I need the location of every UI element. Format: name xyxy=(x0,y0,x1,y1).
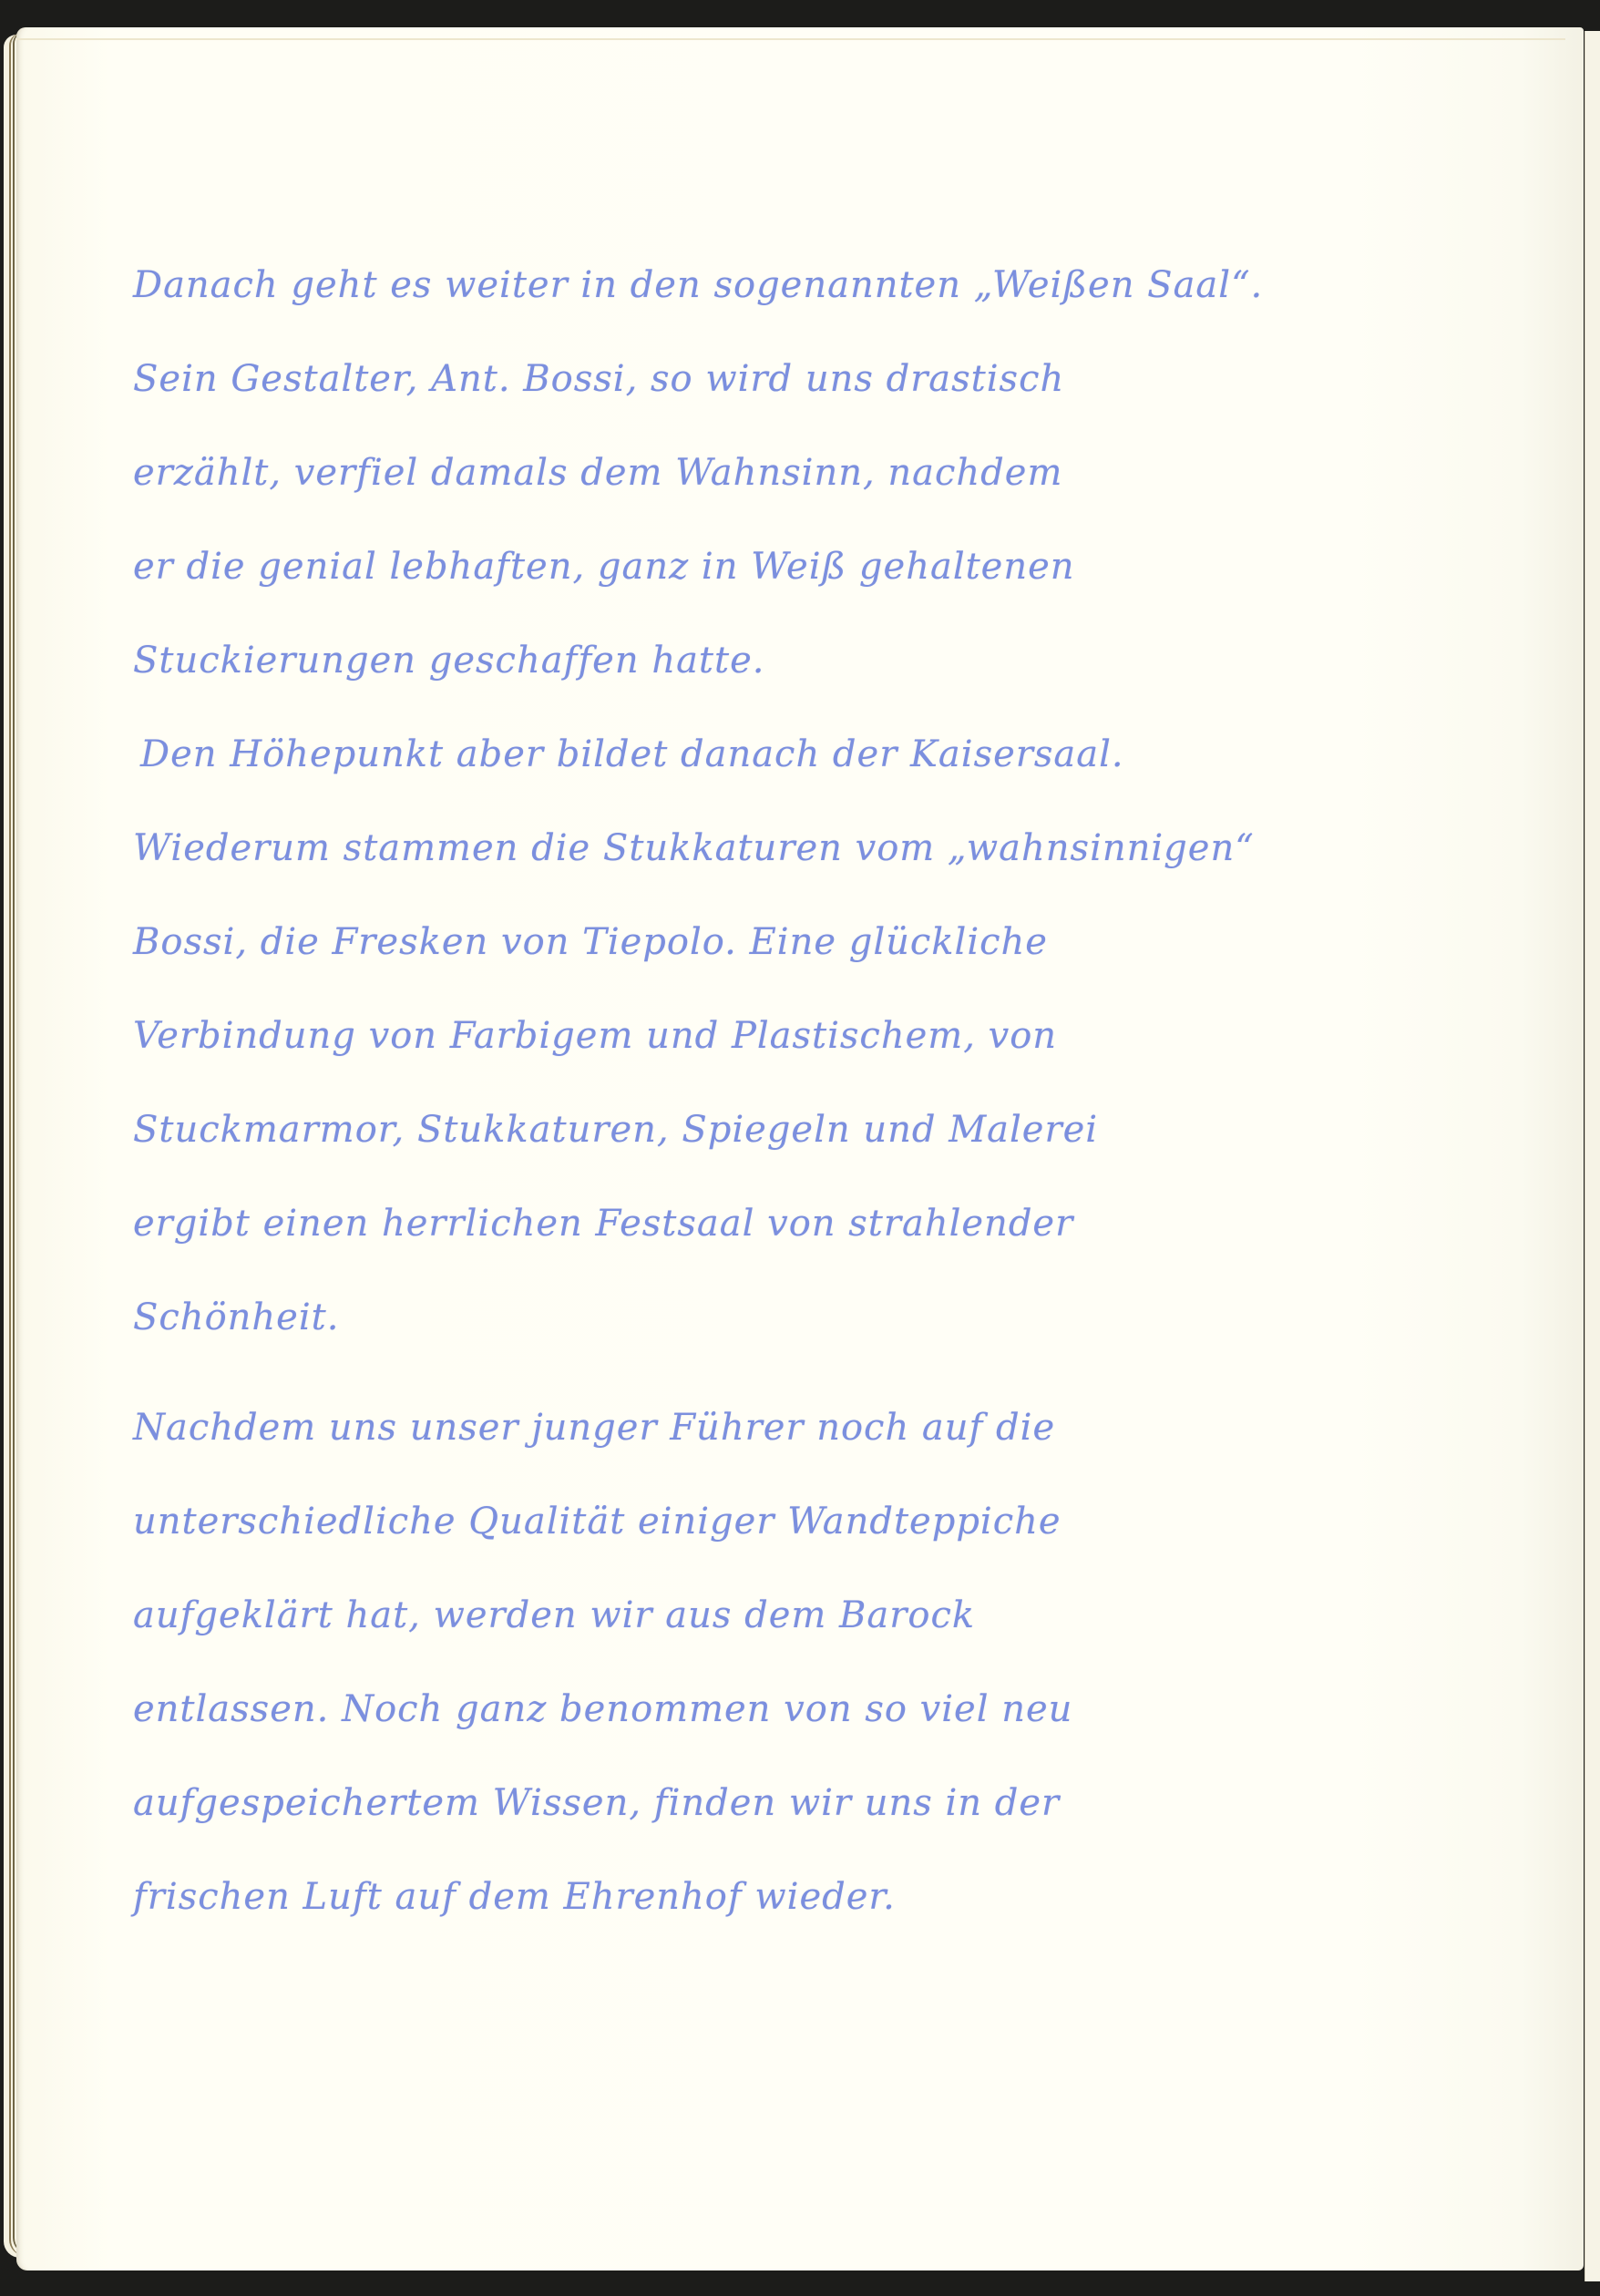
text-line: aufgeklärt hat, werden wir aus dem Baroc… xyxy=(133,1569,1536,1663)
text-line: Wiederum stammen die Stukkaturen vom „wa… xyxy=(133,802,1536,896)
text-line: Danach geht es weiter in den sogenannten… xyxy=(133,239,1536,333)
text-line: Verbindung von Farbigem und Plastischem,… xyxy=(133,989,1536,1083)
text-line: Stuckmarmor, Stukkaturen, Spiegeln und M… xyxy=(133,1083,1536,1177)
text-line: er die genial lebhaften, ganz in Weiß ge… xyxy=(133,520,1536,614)
diary-page: Danach geht es weiter in den sogenannten… xyxy=(16,27,1584,2270)
text-line: erzählt, verfiel damals dem Wahnsinn, na… xyxy=(133,426,1536,520)
handwritten-text: Danach geht es weiter in den sogenannten… xyxy=(133,239,1536,1944)
text-line: Den Höhepunkt aber bildet danach der Kai… xyxy=(133,708,1536,802)
text-line: Stuckierungen geschaffen hatte. xyxy=(133,614,1536,708)
text-line: frischen Luft auf dem Ehrenhof wieder. xyxy=(133,1850,1536,1944)
text-line: ergibt einen herrlichen Festsaal von str… xyxy=(133,1177,1536,1271)
text-line: Sein Gestalter, Ant. Bossi, so wird uns … xyxy=(133,333,1536,426)
text-line: Bossi, die Fresken von Tiepolo. Eine glü… xyxy=(133,896,1536,989)
text-line: Nachdem uns unser junger Führer noch auf… xyxy=(133,1381,1536,1475)
text-line: unterschiedliche Qualität einiger Wandte… xyxy=(133,1475,1536,1569)
text-line: Schönheit. xyxy=(133,1271,1536,1365)
right-page-edge xyxy=(1585,31,1600,2281)
text-line: entlassen. Noch ganz benommen von so vie… xyxy=(133,1663,1536,1757)
text-line: aufgespeichertem Wissen, finden wir uns … xyxy=(133,1757,1536,1850)
